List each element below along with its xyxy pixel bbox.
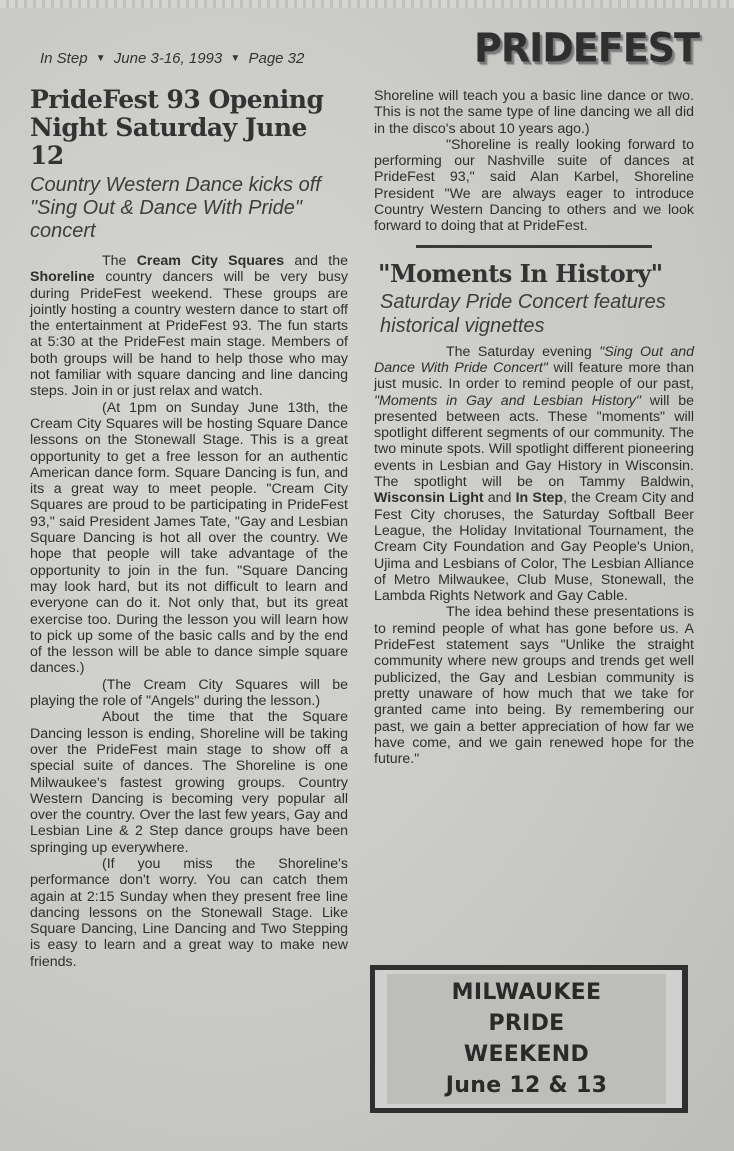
article1-paragraph-3: (The Cream City Squares will be playing … bbox=[30, 677, 348, 710]
ad-line-city: MILWAUKEE bbox=[452, 977, 602, 1008]
article1-paragraph-5: (If you miss the Shoreline's performance… bbox=[30, 856, 348, 970]
text-run: The bbox=[102, 253, 137, 269]
page-folio: In Step ▼ June 3-16, 1993 ▼ Page 32 bbox=[40, 50, 304, 67]
ad-line-pride: PRIDE bbox=[488, 1008, 564, 1039]
text-run: The Saturday evening bbox=[446, 344, 599, 360]
article-column-left: PrideFest 93 Opening Night Saturday June… bbox=[30, 86, 348, 970]
article-column-right: Shoreline will teach you a basic line da… bbox=[374, 88, 694, 767]
article2-headline: "Moments In History" bbox=[378, 260, 694, 288]
text-run: country dancers will be very busy during… bbox=[30, 269, 348, 399]
publication-bold: In Step bbox=[516, 490, 564, 506]
text-run: and the bbox=[284, 253, 348, 269]
page-edge bbox=[0, 0, 734, 8]
newspaper-page: In Step ▼ June 3-16, 1993 ▼ Page 32 PRID… bbox=[0, 0, 734, 1151]
triangle-separator-icon: ▼ bbox=[96, 53, 106, 64]
article1-deck: Country Western Dance kicks off "Sing Ou… bbox=[30, 174, 348, 243]
article1-continued-paragraph-2: "Shoreline is really looking forward to … bbox=[374, 137, 694, 235]
article1-paragraph-4: About the time that the Square Dancing l… bbox=[30, 709, 348, 856]
article1-body: The Cream City Squares and the Shoreline… bbox=[30, 253, 348, 970]
triangle-separator-icon: ▼ bbox=[230, 53, 240, 64]
article2-deck: Saturday Pride Concert features historic… bbox=[380, 290, 694, 338]
article2-paragraph-1: The Saturday evening "Sing Out and Dance… bbox=[374, 344, 694, 605]
segment-title-italic: "Moments in Gay and Lesbian History" bbox=[374, 393, 641, 409]
article-divider bbox=[416, 245, 652, 248]
issue-date: June 3-16, 1993 bbox=[114, 50, 222, 67]
publication-name: In Step bbox=[40, 50, 88, 67]
ad-line-weekend: WEEKEND bbox=[464, 1039, 589, 1070]
article1-paragraph-2: (At 1pm on Sunday June 13th, the Cream C… bbox=[30, 400, 348, 677]
article1-paragraph-1: The Cream City Squares and the Shoreline… bbox=[30, 253, 348, 400]
article2-paragraph-2: The idea behind these presentations is t… bbox=[374, 604, 694, 767]
ad-inner-panel: MILWAUKEE PRIDE WEEKEND June 12 & 13 bbox=[387, 974, 666, 1104]
text-run: and bbox=[484, 490, 516, 506]
text-run: , the Cream City and Fest City choruses,… bbox=[374, 490, 694, 604]
org-name-bold: Cream City Squares bbox=[137, 253, 284, 269]
pride-weekend-ad: MILWAUKEE PRIDE WEEKEND June 12 & 13 bbox=[370, 965, 688, 1113]
page-number: Page 32 bbox=[248, 50, 304, 67]
article1-continued: Shoreline will teach you a basic line da… bbox=[374, 88, 694, 235]
org-name-bold: Shoreline bbox=[30, 269, 95, 285]
publication-bold: Wisconsin Light bbox=[374, 490, 484, 506]
article2-body: The Saturday evening "Sing Out and Dance… bbox=[374, 344, 694, 768]
ad-line-dates: June 12 & 13 bbox=[446, 1070, 607, 1101]
article1-continued-paragraph-1: Shoreline will teach you a basic line da… bbox=[374, 88, 694, 137]
section-logo: PRIDEFEST bbox=[474, 25, 699, 71]
article1-headline: PrideFest 93 Opening Night Saturday June… bbox=[30, 86, 348, 170]
